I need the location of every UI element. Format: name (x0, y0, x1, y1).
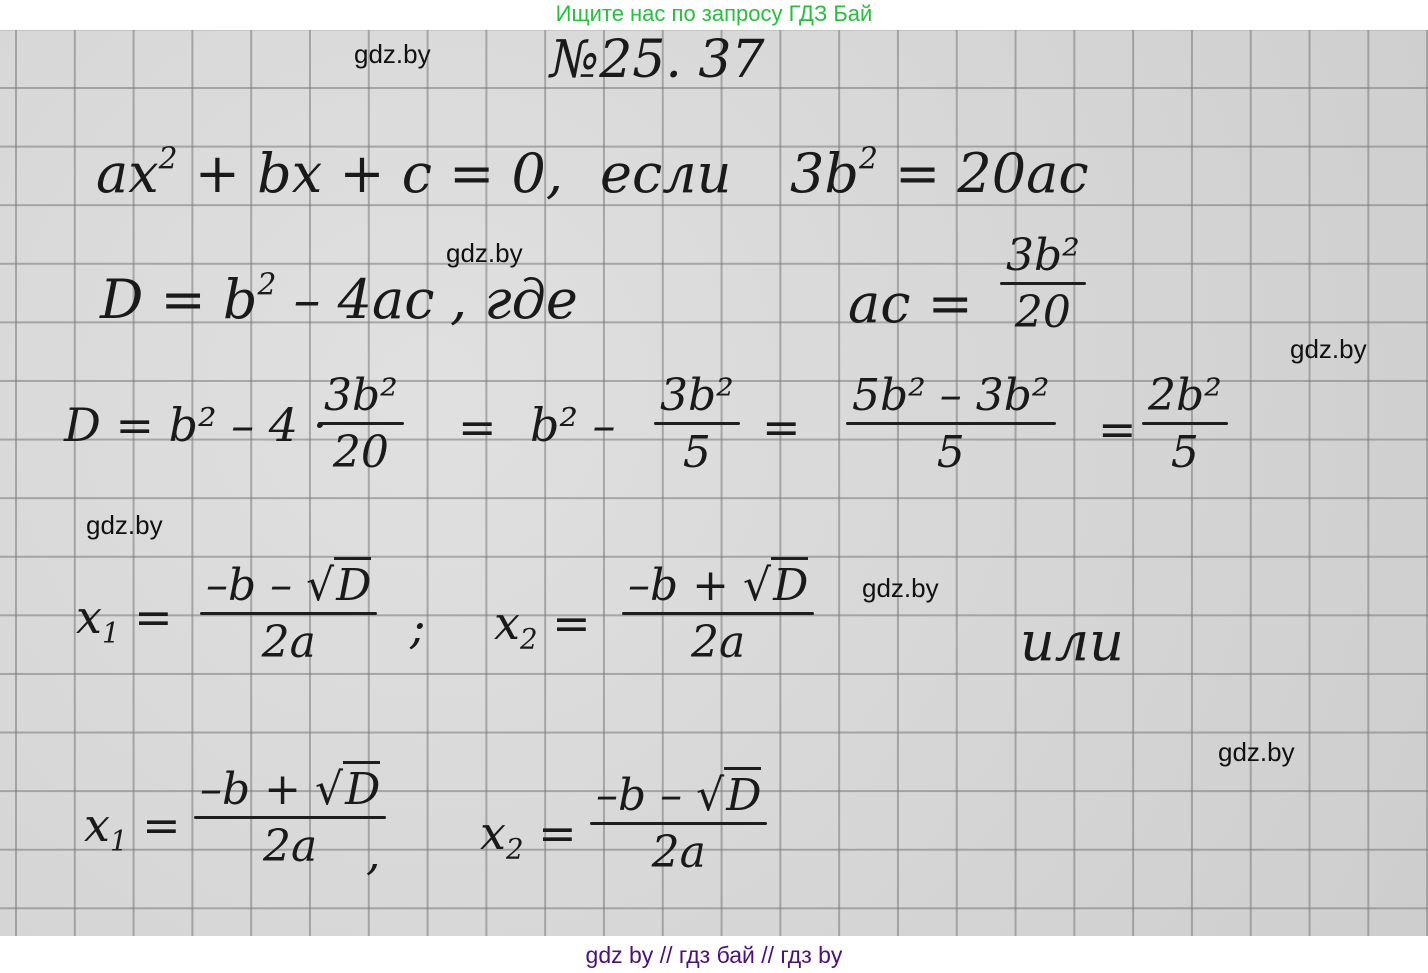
root-b-x1-fraction: –b + √D 2a (194, 764, 386, 875)
root-a-x1-fraction: –b – √D 2a (200, 560, 377, 671)
calc-fraction-4: 2b² 5 (1142, 370, 1228, 481)
numerator-text: –b – (206, 560, 292, 611)
root-a-x2-fraction: –b + √D 2a (622, 560, 814, 671)
radicand: D (724, 767, 761, 821)
x1-equals: = (134, 590, 173, 644)
root-b-x2-numerator: –b – √D (590, 770, 767, 822)
root-a-x1-numerator: –b – √D (200, 560, 377, 612)
watermark: gdz.by (1218, 737, 1295, 768)
x1-symbol: x (76, 590, 102, 644)
condition-given: 3b2 = 20ac (790, 142, 1089, 205)
calc-lhs: D = b² – 4 · (64, 398, 327, 452)
calc-equals-1: = (458, 400, 497, 454)
calc-fraction-1-denominator: 20 (333, 425, 389, 481)
calc-fraction-3-numerator: 5b² – 3b² (846, 370, 1056, 422)
search-hint-banner: Ищите нас по запросу ГДЗ Бай (0, 0, 1428, 30)
word-where: , где (450, 268, 578, 331)
given-lhs: 3b (790, 142, 859, 205)
calc-fraction-1-numerator: 3b² (318, 370, 404, 422)
ac-fraction: 3b² 20 (1000, 230, 1086, 341)
watermark: gdz.by (1290, 334, 1367, 365)
root-b-x2-fraction: –b – √D 2a (590, 770, 767, 881)
x2-equals: = (538, 806, 577, 860)
given-power: 2 (859, 141, 878, 176)
given-rhs: = 20ac (895, 142, 1089, 205)
x2-equals: = (552, 596, 591, 650)
radicand: D (334, 557, 371, 611)
calc-mid: b² – (530, 398, 616, 452)
numerator-text: –b + (200, 764, 301, 815)
root-a-x1-label: x1 = (76, 590, 173, 644)
calc-fraction-3-denominator: 5 (937, 425, 965, 481)
root-a-x2-label: x2 = (494, 596, 591, 650)
word-or: или (1020, 610, 1124, 673)
root-a-separator: ; (410, 600, 426, 654)
calc-fraction-2: 3b² 5 (654, 370, 740, 481)
x2-symbol: x (480, 806, 506, 860)
numerator-text: –b + (628, 560, 729, 611)
root-b-x1-numerator: –b + √D (194, 764, 386, 816)
x2-symbol: x (494, 596, 520, 650)
footer-links: gdz by // гдз бай // гдз by (0, 936, 1428, 973)
calc-fraction-3: 5b² – 3b² 5 (846, 370, 1056, 481)
calc-fraction-4-denominator: 5 (1171, 425, 1199, 481)
root-b-x2-label: x2 = (480, 806, 577, 860)
watermark: gdz.by (446, 238, 523, 269)
watermark: gdz.by (86, 510, 163, 541)
root-a-x2-numerator: –b + √D (622, 560, 814, 612)
condition-equation: ax2 + bx + c = 0, (96, 142, 563, 205)
numerator-text: –b – (596, 770, 682, 821)
calc-equals-3: = (1098, 402, 1137, 456)
x1-subscript: 1 (110, 825, 128, 858)
root-b-x2-denominator: 2a (652, 825, 706, 881)
calc-fraction-2-denominator: 5 (683, 425, 711, 481)
equation-lhs: ax (96, 142, 159, 205)
ac-denominator: 20 (1015, 285, 1071, 341)
ac-numerator: 3b² (1000, 230, 1086, 282)
watermark: gdz.by (862, 573, 939, 604)
graph-paper-page: gdz.by gdz.by gdz.by gdz.by gdz.by gdz.b… (0, 30, 1428, 936)
x1-equals: = (142, 798, 181, 852)
root-b-separator: , (366, 826, 381, 880)
discriminant-lhs: D = b (100, 268, 257, 331)
equation-power: 2 (159, 141, 178, 176)
radicand: D (343, 761, 380, 815)
calc-fraction-1: 3b² 20 (318, 370, 404, 481)
ac-lhs: ac = (848, 272, 973, 335)
calc-fraction-2-numerator: 3b² (654, 370, 740, 422)
x1-symbol: x (84, 798, 110, 852)
equation-rest: + bx + c = 0, (195, 142, 563, 205)
radicand: D (771, 557, 808, 611)
x1-subscript: 1 (102, 617, 120, 650)
problem-number: №25. 37 (550, 30, 765, 90)
x2-subscript: 2 (506, 833, 524, 866)
calc-fraction-4-numerator: 2b² (1142, 370, 1228, 422)
discriminant-formula: D = b2 – 4ac (100, 268, 434, 331)
root-a-x1-denominator: 2a (262, 615, 316, 671)
watermark: gdz.by (354, 39, 431, 70)
discriminant-power: 2 (257, 267, 276, 302)
root-b-x1-denominator: 2a (263, 819, 317, 875)
calc-equals-2: = (762, 400, 801, 454)
x2-subscript: 2 (520, 623, 538, 656)
condition-word-if: если (600, 142, 731, 205)
root-a-x2-denominator: 2a (691, 615, 745, 671)
root-b-x1-label: x1 = (84, 798, 181, 852)
discriminant-rest: – 4ac (294, 268, 435, 331)
